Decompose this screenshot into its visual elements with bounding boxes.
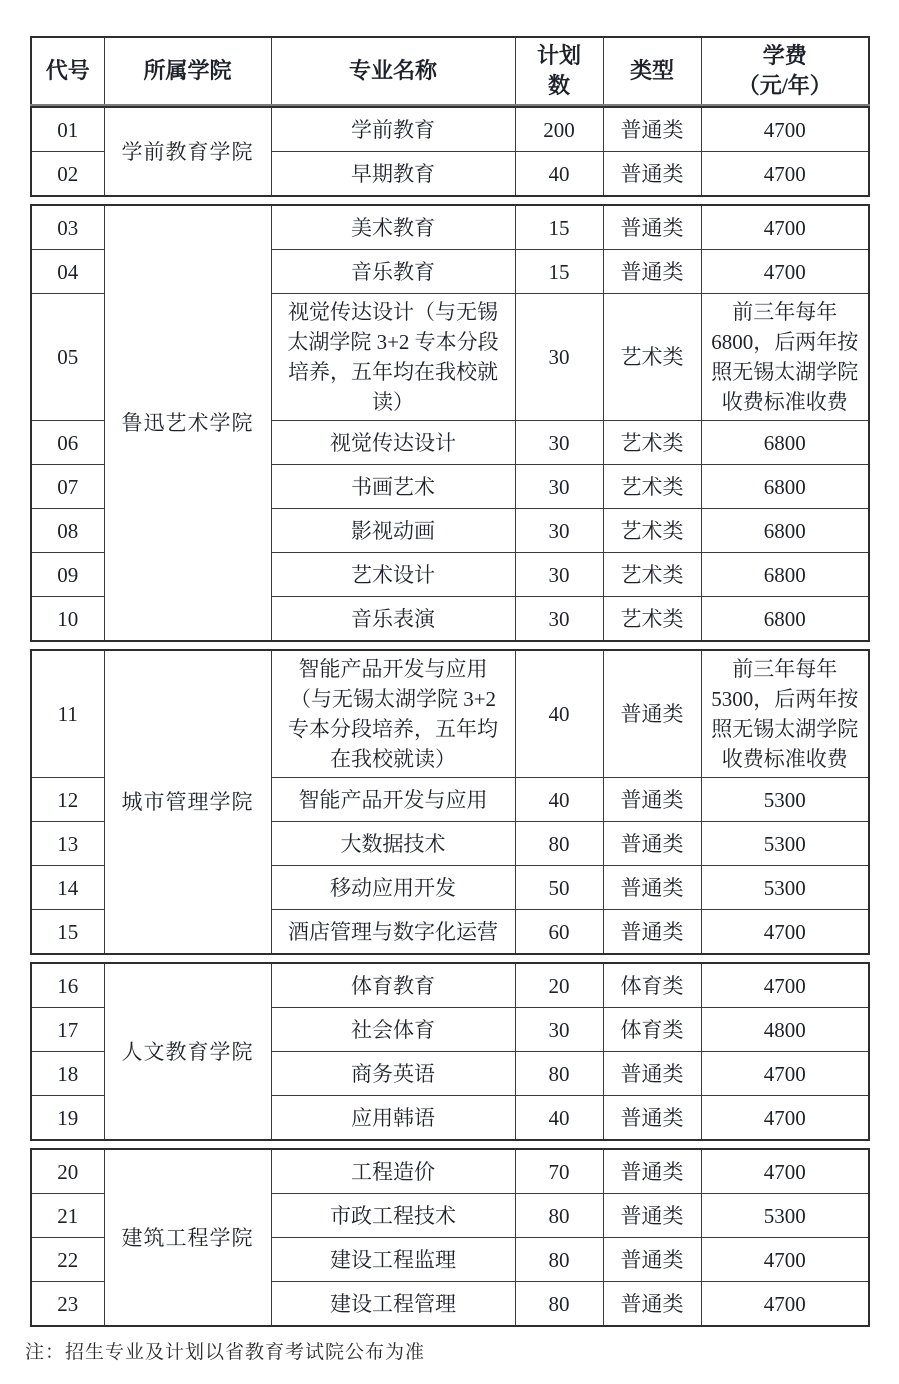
plan-cell: 200 bbox=[515, 107, 603, 152]
footnote: 注：招生专业及计划以省教育考试院公布为准 bbox=[25, 1337, 899, 1364]
code-cell: 15 bbox=[31, 910, 104, 955]
code-cell: 11 bbox=[31, 650, 104, 778]
type-cell: 普通类 bbox=[603, 107, 701, 152]
code-cell: 19 bbox=[31, 1096, 104, 1141]
college-cell: 学前教育学院 bbox=[104, 107, 271, 196]
type-cell: 普通类 bbox=[603, 822, 701, 866]
code-cell: 02 bbox=[31, 152, 104, 197]
plan-cell: 50 bbox=[515, 866, 603, 910]
table-row: 01学前教育学院学前教育200普通类4700 bbox=[31, 107, 869, 152]
plan-cell: 30 bbox=[515, 553, 603, 597]
header-fee: 学费 （元/年） bbox=[701, 37, 869, 105]
type-cell: 普通类 bbox=[603, 152, 701, 197]
code-cell: 22 bbox=[31, 1238, 104, 1282]
plan-cell: 30 bbox=[515, 421, 603, 465]
header-code: 代号 bbox=[31, 37, 104, 105]
plan-cell: 30 bbox=[515, 597, 603, 642]
major-cell: 艺术设计 bbox=[271, 553, 515, 597]
major-cell: 建设工程监理 bbox=[271, 1238, 515, 1282]
plan-cell: 40 bbox=[515, 1096, 603, 1141]
major-cell: 移动应用开发 bbox=[271, 866, 515, 910]
fee-cell: 6800 bbox=[701, 597, 869, 642]
type-cell: 普通类 bbox=[603, 910, 701, 955]
college-group-blocks: 01学前教育学院学前教育200普通类470002早期教育40普通类470003鲁… bbox=[30, 106, 899, 1327]
fee-cell: 4700 bbox=[701, 205, 869, 250]
type-cell: 艺术类 bbox=[603, 294, 701, 421]
fee-cell: 6800 bbox=[701, 509, 869, 553]
major-cell: 音乐表演 bbox=[271, 597, 515, 642]
table-row: 16人文教育学院体育教育20体育类4700 bbox=[31, 963, 869, 1008]
major-cell: 社会体育 bbox=[271, 1008, 515, 1052]
major-cell: 视觉传达设计 bbox=[271, 421, 515, 465]
header-type: 类型 bbox=[603, 37, 701, 105]
fee-cell: 6800 bbox=[701, 421, 869, 465]
fee-cell: 4700 bbox=[701, 152, 869, 197]
plan-cell: 80 bbox=[515, 1282, 603, 1327]
major-cell: 影视动画 bbox=[271, 509, 515, 553]
college-cell: 人文教育学院 bbox=[104, 963, 271, 1140]
plan-cell: 80 bbox=[515, 822, 603, 866]
fee-cell: 前三年每年 5300，后两年按 照无锡太湖学院 收费标准收费 bbox=[701, 650, 869, 778]
plan-cell: 40 bbox=[515, 152, 603, 197]
code-cell: 12 bbox=[31, 778, 104, 822]
college-cell: 鲁迅艺术学院 bbox=[104, 205, 271, 641]
type-cell: 艺术类 bbox=[603, 465, 701, 509]
fee-cell: 4700 bbox=[701, 1052, 869, 1096]
college-group-table: 03鲁迅艺术学院美术教育15普通类470004音乐教育15普通类470005视觉… bbox=[30, 204, 870, 642]
plan-cell: 20 bbox=[515, 963, 603, 1008]
type-cell: 普通类 bbox=[603, 1052, 701, 1096]
fee-cell: 5300 bbox=[701, 1194, 869, 1238]
major-cell: 应用韩语 bbox=[271, 1096, 515, 1141]
fee-cell: 4800 bbox=[701, 1008, 869, 1052]
plan-cell: 80 bbox=[515, 1194, 603, 1238]
admissions-plan-page: 代号 所属学院 专业名称 计划 数 类型 学费 （元/年） 01学前教育学院学前… bbox=[0, 0, 899, 1364]
table-row: 20建筑工程学院工程造价70普通类4700 bbox=[31, 1149, 869, 1194]
plan-cell: 80 bbox=[515, 1052, 603, 1096]
type-cell: 普通类 bbox=[603, 250, 701, 294]
type-cell: 普通类 bbox=[603, 1096, 701, 1141]
plan-cell: 80 bbox=[515, 1238, 603, 1282]
code-cell: 03 bbox=[31, 205, 104, 250]
type-cell: 普通类 bbox=[603, 1282, 701, 1327]
major-cell: 学前教育 bbox=[271, 107, 515, 152]
type-cell: 体育类 bbox=[603, 1008, 701, 1052]
plan-table-header: 代号 所属学院 专业名称 计划 数 类型 学费 （元/年） bbox=[30, 36, 870, 106]
type-cell: 体育类 bbox=[603, 963, 701, 1008]
table-row: 03鲁迅艺术学院美术教育15普通类4700 bbox=[31, 205, 869, 250]
fee-cell: 4700 bbox=[701, 1238, 869, 1282]
plan-cell: 30 bbox=[515, 465, 603, 509]
code-cell: 01 bbox=[31, 107, 104, 152]
code-cell: 09 bbox=[31, 553, 104, 597]
type-cell: 艺术类 bbox=[603, 509, 701, 553]
fee-cell: 6800 bbox=[701, 465, 869, 509]
header-row: 代号 所属学院 专业名称 计划 数 类型 学费 （元/年） bbox=[31, 37, 869, 105]
plan-cell: 30 bbox=[515, 509, 603, 553]
code-cell: 13 bbox=[31, 822, 104, 866]
fee-cell: 5300 bbox=[701, 822, 869, 866]
fee-cell: 前三年每年 6800，后两年按 照无锡太湖学院 收费标准收费 bbox=[701, 294, 869, 421]
code-cell: 04 bbox=[31, 250, 104, 294]
major-cell: 体育教育 bbox=[271, 963, 515, 1008]
code-cell: 07 bbox=[31, 465, 104, 509]
code-cell: 14 bbox=[31, 866, 104, 910]
type-cell: 普通类 bbox=[603, 205, 701, 250]
code-cell: 18 bbox=[31, 1052, 104, 1096]
fee-cell: 6800 bbox=[701, 553, 869, 597]
major-cell: 工程造价 bbox=[271, 1149, 515, 1194]
major-cell: 建设工程管理 bbox=[271, 1282, 515, 1327]
fee-cell: 4700 bbox=[701, 1282, 869, 1327]
type-cell: 普通类 bbox=[603, 866, 701, 910]
college-group-table: 20建筑工程学院工程造价70普通类470021市政工程技术80普通类530022… bbox=[30, 1148, 870, 1327]
type-cell: 艺术类 bbox=[603, 421, 701, 465]
college-cell: 建筑工程学院 bbox=[104, 1149, 271, 1326]
fee-cell: 4700 bbox=[701, 910, 869, 955]
code-cell: 17 bbox=[31, 1008, 104, 1052]
plan-cell: 30 bbox=[515, 294, 603, 421]
major-cell: 美术教育 bbox=[271, 205, 515, 250]
fee-cell: 4700 bbox=[701, 963, 869, 1008]
plan-cell: 15 bbox=[515, 250, 603, 294]
plan-cell: 70 bbox=[515, 1149, 603, 1194]
type-cell: 艺术类 bbox=[603, 553, 701, 597]
major-cell: 视觉传达设计（与无锡 太湖学院 3+2 专本分段 培养，五年均在我校就 读） bbox=[271, 294, 515, 421]
type-cell: 普通类 bbox=[603, 1149, 701, 1194]
type-cell: 普通类 bbox=[603, 1238, 701, 1282]
type-cell: 艺术类 bbox=[603, 597, 701, 642]
major-cell: 早期教育 bbox=[271, 152, 515, 197]
plan-cell: 40 bbox=[515, 650, 603, 778]
header-plan: 计划 数 bbox=[515, 37, 603, 105]
fee-cell: 4700 bbox=[701, 1149, 869, 1194]
plan-cell: 30 bbox=[515, 1008, 603, 1052]
fee-cell: 4700 bbox=[701, 1096, 869, 1141]
major-cell: 商务英语 bbox=[271, 1052, 515, 1096]
code-cell: 05 bbox=[31, 294, 104, 421]
code-cell: 10 bbox=[31, 597, 104, 642]
code-cell: 23 bbox=[31, 1282, 104, 1327]
plan-cell: 40 bbox=[515, 778, 603, 822]
major-cell: 音乐教育 bbox=[271, 250, 515, 294]
type-cell: 普通类 bbox=[603, 778, 701, 822]
major-cell: 智能产品开发与应用 （与无锡太湖学院 3+2 专本分段培养，五年均 在我校就读） bbox=[271, 650, 515, 778]
fee-cell: 5300 bbox=[701, 778, 869, 822]
college-group-table: 01学前教育学院学前教育200普通类470002早期教育40普通类4700 bbox=[30, 106, 870, 197]
major-cell: 大数据技术 bbox=[271, 822, 515, 866]
fee-cell: 4700 bbox=[701, 250, 869, 294]
fee-cell: 4700 bbox=[701, 107, 869, 152]
code-cell: 21 bbox=[31, 1194, 104, 1238]
code-cell: 20 bbox=[31, 1149, 104, 1194]
type-cell: 普通类 bbox=[603, 1194, 701, 1238]
major-cell: 酒店管理与数字化运营 bbox=[271, 910, 515, 955]
type-cell: 普通类 bbox=[603, 650, 701, 778]
major-cell: 市政工程技术 bbox=[271, 1194, 515, 1238]
plan-cell: 60 bbox=[515, 910, 603, 955]
table-row: 11城市管理学院智能产品开发与应用 （与无锡太湖学院 3+2 专本分段培养，五年… bbox=[31, 650, 869, 778]
major-cell: 智能产品开发与应用 bbox=[271, 778, 515, 822]
header-college: 所属学院 bbox=[104, 37, 271, 105]
header-major: 专业名称 bbox=[271, 37, 515, 105]
major-cell: 书画艺术 bbox=[271, 465, 515, 509]
college-group-table: 16人文教育学院体育教育20体育类470017社会体育30体育类480018商务… bbox=[30, 962, 870, 1141]
code-cell: 16 bbox=[31, 963, 104, 1008]
code-cell: 06 bbox=[31, 421, 104, 465]
college-cell: 城市管理学院 bbox=[104, 650, 271, 954]
college-group-table: 11城市管理学院智能产品开发与应用 （与无锡太湖学院 3+2 专本分段培养，五年… bbox=[30, 649, 870, 955]
code-cell: 08 bbox=[31, 509, 104, 553]
plan-cell: 15 bbox=[515, 205, 603, 250]
fee-cell: 5300 bbox=[701, 866, 869, 910]
